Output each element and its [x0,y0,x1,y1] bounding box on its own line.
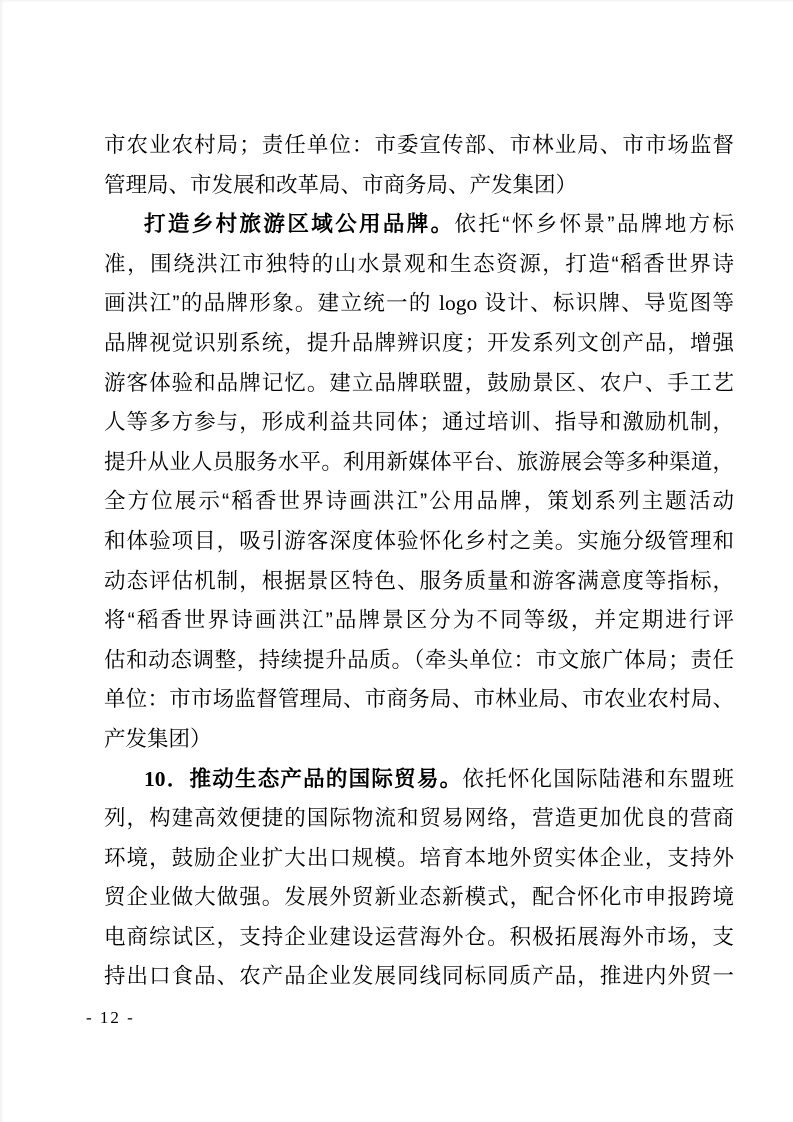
text-segment: 管理局、市发展和改革局、市商务局、产发集团） [104,173,577,197]
text-line: 管理局、市发展和改革局、市商务局、产发集团） [104,166,734,206]
paragraph-rural-tourism-brand: 打造乡村旅游区域公用品牌。依托“怀乡怀景”品牌地方标准，围绕洪江市独特的山水景观… [104,205,734,759]
text-line: 估和动态调整，持续提升品质。（牵头单位：市文旅广体局；责任 [104,641,734,681]
paragraph-international-trade: 10．推动生态产品的国际贸易。依托怀化国际陆港和东盟班列，构建高效便捷的国际物流… [104,760,734,998]
text-segment: 单位：市市场监督管理局、市商务局、市林业局、市农业农村局、 [104,687,734,711]
text-line: 准，围绕洪江市独特的山水景观和生态资源，打造“稻香世界诗 [104,245,734,285]
text-segment: 产发集团） [104,727,212,751]
document-body: 市农业农村局；责任单位：市委宣传部、市林业局、市市场监督管理局、市发展和改革局、… [104,126,734,997]
text-line: 全方位展示“稻香世界诗画洪江”公用品牌，策划系列主题活动 [104,482,734,522]
text-segment: 列，构建高效便捷的国际物流和贸易网络，营造更加优良的营商 [104,806,734,830]
text-segment: 品牌视觉识别系统，提升品牌辨识度；开发系列文创产品，增强 [104,331,734,355]
text-segment: 市农业农村局；责任单位：市委宣传部、市林业局、市市场监督 [104,133,734,157]
text-segment: 估和动态调整，持续提升品质。（牵头单位：市文旅广体局；责任 [104,648,734,672]
text-segment: 准，围绕洪江市独特的山水景观和生态资源，打造“稻香世界诗 [104,252,734,276]
text-line: 游客体验和品牌记忆。建立品牌联盟，鼓励景区、农户、手工艺 [104,364,734,404]
text-segment: 和体验项目，吸引游客深度体验怀化乡村之美。实施分级管理和 [104,529,734,553]
text-segment: 打造乡村旅游区域公用品牌。 [144,212,455,236]
text-line: 市农业农村局；责任单位：市委宣传部、市林业局、市市场监督 [104,126,734,166]
text-line: 单位：市市场监督管理局、市商务局、市林业局、市农业农村局、 [104,680,734,720]
text-line: 环境，鼓励企业扩大出口规模。培育本地外贸实体企业，支持外 [104,839,734,879]
text-line: 画洪江”的品牌形象。建立统一的 logo 设计、标识牌、导览图等 [104,284,734,324]
text-segment: 将“稻香世界诗画洪江”品牌景区分为不同等级，并定期进行评 [104,608,734,632]
page-number: - 12 - [86,1008,135,1028]
text-segment: 贸企业做大做强。发展外贸新业态新模式，配合怀化市申报跨境 [104,885,734,909]
text-line: 贸企业做大做强。发展外贸新业态新模式，配合怀化市申报跨境 [104,878,734,918]
text-line: 和体验项目，吸引游客深度体验怀化乡村之美。实施分级管理和 [104,522,734,562]
text-segment: 提升从业人员服务水平。利用新媒体平台、旅游展会等多种渠道， [104,450,734,474]
text-segment: 依托“怀乡怀景”品牌地方标 [455,212,734,236]
text-line: 列，构建高效便捷的国际物流和贸易网络，营造更加优良的营商 [104,799,734,839]
text-line: 动态评估机制，根据景区特色、服务质量和游客满意度等指标， [104,562,734,602]
text-segment: 电商综试区，支持企业建设运营海外仓。积极拓展海外市场，支 [104,925,734,949]
text-line: 提升从业人员服务水平。利用新媒体平台、旅游展会等多种渠道， [104,443,734,483]
text-segment: 动态评估机制，根据景区特色、服务质量和游客满意度等指标， [104,569,734,593]
text-line: 电商综试区，支持企业建设运营海外仓。积极拓展海外市场，支 [104,918,734,958]
text-segment: logo [439,291,477,315]
text-segment: 游客体验和品牌记忆。建立品牌联盟，鼓励景区、农户、手工艺 [104,371,734,395]
text-segment: 依托怀化国际陆港和东盟班 [462,767,734,791]
text-line: 打造乡村旅游区域公用品牌。依托“怀乡怀景”品牌地方标 [104,205,734,245]
text-segment: 全方位展示“稻香世界诗画洪江”公用品牌，策划系列主题活动 [104,489,734,513]
text-segment: 设计、标识牌、导览图等 [477,291,734,315]
text-line: 10．推动生态产品的国际贸易。依托怀化国际陆港和东盟班 [104,760,734,800]
text-line: 人等多方参与，形成利益共同体；通过培训、指导和激励机制， [104,403,734,443]
text-segment: 持出口食品、农产品企业发展同线同标同质产品，推进内外贸一 [104,964,734,988]
text-segment: 推动生态产品的国际贸易。 [189,767,462,791]
text-segment: 环境，鼓励企业扩大出口规模。培育本地外贸实体企业，支持外 [104,846,734,870]
text-line: 持出口食品、农产品企业发展同线同标同质产品，推进内外贸一 [104,957,734,997]
text-segment: 人等多方参与，形成利益共同体；通过培训、指导和激励机制， [104,410,734,434]
paragraph-continuation: 市农业农村局；责任单位：市委宣传部、市林业局、市市场监督管理局、市发展和改革局、… [104,126,734,205]
text-segment: 10． [144,767,189,791]
text-segment: 画洪江”的品牌形象。建立统一的 [104,291,439,315]
text-line: 将“稻香世界诗画洪江”品牌景区分为不同等级，并定期进行评 [104,601,734,641]
text-line: 产发集团） [104,720,734,760]
text-line: 品牌视觉识别系统，提升品牌辨识度；开发系列文创产品，增强 [104,324,734,364]
